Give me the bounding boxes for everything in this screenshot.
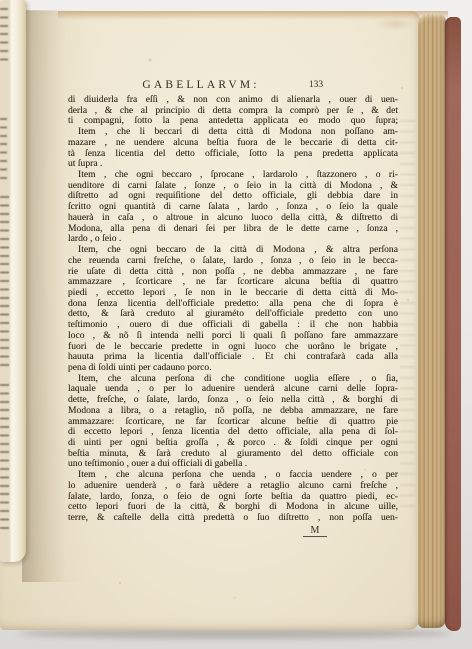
page-top-toning: [58, 11, 448, 20]
text-line: cetto lepori fuori de la città, & borghi…: [68, 502, 398, 513]
text-line: derla , & che al principio di detta comp…: [68, 106, 398, 117]
text-line: Modona, alla pena di denari ſei per libr…: [68, 224, 398, 235]
text-line: dette, freſche, o ſalate, lardo, ſonza ,…: [68, 395, 398, 406]
text-line: Item , che alcuna perſona che uenda , o …: [68, 470, 398, 481]
text-line: ammazzare , ſcorticare , ne far ſcortica…: [68, 277, 398, 288]
running-head: GABELLARVM:: [68, 79, 334, 91]
text-line: lardo , o ſeio .: [68, 234, 398, 245]
text-line: uno teſtimonio , ouer a dui officiali di…: [68, 459, 398, 470]
signature-mark: M: [303, 525, 327, 537]
book-cover-edge: [445, 17, 461, 631]
text-line: pena di ſoldi uinti per cadauno porco.: [68, 363, 398, 374]
text-line: di diuiderla fra eſſi , & non con animo …: [68, 95, 398, 106]
text-line: teſtimonio , ouero di due officiali di g…: [68, 320, 398, 331]
folio-number: 133: [303, 80, 329, 90]
text-line: diſtretto ad ogni requiſitione del detto…: [68, 191, 398, 202]
text-line: Item, che alcuna perſona di che conditio…: [68, 374, 398, 385]
text-line: ſcritto ogni quantità di carne ſalata , …: [68, 202, 398, 213]
text-line: tà ſenza licentia del detto officiale, ſ…: [68, 149, 398, 160]
text-line: hauuta prima la licentia dall'officiale …: [68, 352, 398, 363]
text-line: di uinti per ogni beſtia groſſa , & porc…: [68, 438, 398, 449]
left-page-text-fragments: [0, 196, 9, 366]
text-line: loco , & nõ ſi intenda nelli porci li qu…: [68, 331, 398, 342]
verso-show-through: [400, 120, 415, 510]
text-line: Item , che ogni beccaro , ſprocane , lar…: [68, 170, 398, 181]
left-page-text-fragments: [0, 384, 9, 534]
text-line: hauerà in caſa , o altroue in alcuno luo…: [68, 213, 398, 224]
text-line: di eccetto lepori , ſenza licentia del d…: [68, 427, 398, 438]
book-photo: GABELLARVM: 133 di diuiderla fra eſſi , …: [0, 0, 472, 649]
text-line: Item , che li beccari di detta città di …: [68, 127, 398, 138]
text-line: laquale uenda , o per lo aduenire uender…: [68, 384, 398, 395]
text-line: ammazzare: ſcorticare, ne far ſcorticar …: [68, 417, 398, 428]
text-line: piedi , eccetto lepori , ſe non in le be…: [68, 288, 398, 299]
text-line: lo aduenire uenderà , o farà uẽdere a re…: [68, 481, 398, 492]
text-line: dona ſenza licentia dell'officiale prede…: [68, 299, 398, 310]
text-line: fuori de le beccarie predette in ogni lu…: [68, 342, 398, 353]
text-line: ti compagni, ſotto la pena antedetta app…: [68, 116, 398, 127]
text-block-fore-edge: [418, 13, 446, 628]
text-line: terre, & caſtelle della città predettà o…: [68, 513, 398, 524]
text-line: Modona a libra, o a retaglio, nõ poſſa, …: [68, 406, 398, 417]
text-line: mazare , ne uendere alcuna beſtia fuora …: [68, 138, 398, 149]
body-text: di diuiderla fra eſſi , & non con animo …: [68, 95, 398, 524]
text-line: Item, che ogni beccaro de la città di Mo…: [68, 245, 398, 256]
left-page-text-fragments: [0, 8, 8, 62]
text-line: ſalate, lardo, ſonza, o ſeio de ogni ſor…: [68, 492, 398, 503]
text-line: che reuenda carni freſche, o ſalate, lar…: [68, 256, 398, 267]
text-line: detto, & ſarà creduto al giuraméto dell'…: [68, 309, 398, 320]
text-line: rie uſate di detta città , non poſſa , n…: [68, 267, 398, 278]
text-line: uenditore di carni ſalate , ſonze , o ſe…: [68, 181, 398, 192]
text-line: beſtia minuta, & ſarà creduto al giurame…: [68, 449, 398, 460]
text-line: ut ſupra .: [68, 159, 398, 170]
left-page-text-fragments: [0, 118, 7, 180]
